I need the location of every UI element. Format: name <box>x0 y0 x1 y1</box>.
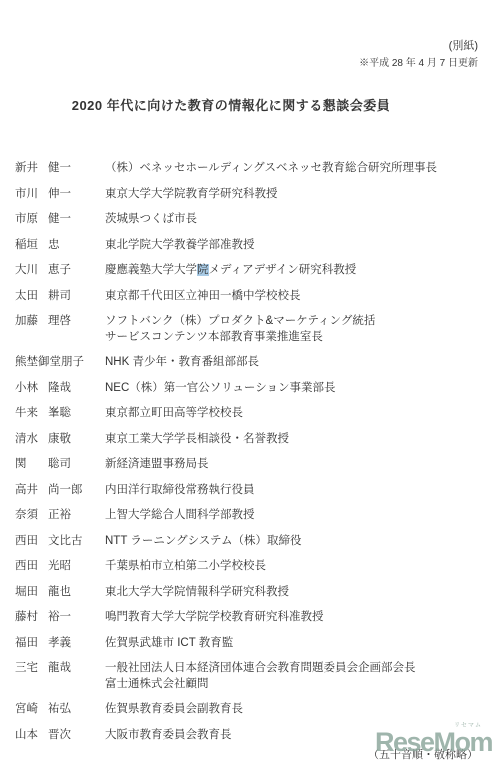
member-family-name: 市原 <box>15 212 48 228</box>
member-given-name: 尚一郎 <box>48 484 83 496</box>
member-role: 東京都千代田区立神田一橋中学校校長 <box>105 289 486 305</box>
member-role-line: 慶應義塾大学大学院メディアデザイン研究科教授 <box>105 263 486 279</box>
member-name: 市原健一 <box>15 212 105 228</box>
member-role: 一般社団法人日本経済団体連合会教育問題委員会企画部会長富士通株式会社顧問 <box>105 661 486 692</box>
member-row: 宮崎祐弘佐賀県教育委員会副教育長 <box>15 702 486 718</box>
role-text: 鳴門教育大学大学院学校教育研究科准教授 <box>105 611 324 623</box>
member-family-name: 稲垣 <box>15 238 48 254</box>
member-family-name: 奈須 <box>15 508 48 524</box>
member-role-line: 東京工業大学学長相談役・名誉教授 <box>105 432 486 448</box>
member-given-name: 聡司 <box>48 458 71 470</box>
member-family-name: 高井 <box>15 483 48 499</box>
find-highlighted-text: 院 <box>197 264 209 276</box>
member-given-name: 健一 <box>48 162 71 174</box>
member-role-line: 大阪市教育委員会教育長 <box>105 728 486 744</box>
member-name: 清水康敬 <box>15 432 105 448</box>
member-role-line: 鳴門教育大学大学院学校教育研究科准教授 <box>105 610 486 626</box>
member-name: 熊埜御堂朋子 <box>15 355 105 371</box>
member-name: 藤村裕一 <box>15 610 105 626</box>
member-role: NEC（株）第一官公ソリューション事業部長 <box>105 381 486 397</box>
member-name: 大川恵子 <box>15 263 105 279</box>
member-row: 山本晋次大阪市教育委員会教育長 <box>15 728 486 744</box>
member-family-name: 堀田 <box>15 585 48 601</box>
member-row: 太田耕司東京都千代田区立神田一橋中学校校長 <box>15 289 486 305</box>
member-family-name: 大川 <box>15 263 48 279</box>
member-role-line: NHK 青少年・教育番組部部長 <box>105 355 486 371</box>
member-row: 三宅龍哉一般社団法人日本経済団体連合会教育問題委員会企画部会長富士通株式会社顧問 <box>15 661 486 692</box>
role-text: 一般社団法人日本経済団体連合会教育問題委員会企画部会長 <box>105 662 416 674</box>
member-role: 茨城県つくば市長 <box>105 212 486 228</box>
member-family-name: 関 <box>15 457 48 473</box>
member-given-name: 恵子 <box>48 264 71 276</box>
member-name: 牛来峯聡 <box>15 406 105 422</box>
member-row: 牛来峯聡東京都立町田高等学校校長 <box>15 406 486 422</box>
member-given-name: 正裕 <box>48 509 71 521</box>
member-role-line: 茨城県つくば市長 <box>105 212 486 228</box>
member-role-line: 東北学院大学教養学部准教授 <box>105 238 486 254</box>
member-role-line: 新経済連盟事務局長 <box>105 457 486 473</box>
member-row: 堀田龍也東北大学大学院情報科学研究科教授 <box>15 585 486 601</box>
member-role-line: 東京都千代田区立神田一橋中学校校長 <box>105 289 486 305</box>
member-name: 宮崎祐弘 <box>15 702 105 718</box>
member-family-name: 西田 <box>15 559 48 575</box>
member-given-name: 隆哉 <box>48 382 71 394</box>
member-family-name: 清水 <box>15 432 48 448</box>
member-role: （株）ベネッセホールディングスベネッセ教育総合研究所理事長 <box>105 161 486 177</box>
document-page: (別紙) ※平成 28 年 4 月 7 日更新 2020 年代に向けた教育の情報… <box>0 0 494 769</box>
member-row: 市原健一茨城県つくば市長 <box>15 212 486 228</box>
member-role: ソフトバンク（株）プロダクト&マーケティング統括サービスコンテンツ本部教育事業推… <box>105 314 486 345</box>
member-family-name: 宮崎 <box>15 702 48 718</box>
role-text: NEC（株）第一官公ソリューション事業部長 <box>105 382 335 394</box>
member-given-name: 伸一 <box>48 188 71 200</box>
member-name: 小林隆哉 <box>15 381 105 397</box>
member-role: 東京都立町田高等学校校長 <box>105 406 486 422</box>
role-text: NHK 青少年・教育番組部部長 <box>105 356 259 368</box>
member-family-name: 藤村 <box>15 610 48 626</box>
member-given-name: 祐弘 <box>48 703 71 715</box>
member-given-name: 健一 <box>48 213 71 225</box>
role-text: 内田洋行取締役常務執行役員 <box>105 484 255 496</box>
member-name: 稲垣忠 <box>15 238 105 254</box>
page-title: 2020 年代に向けた教育の情報化に関する懇談会委員 <box>0 95 478 114</box>
member-family-name: 牛来 <box>15 406 48 422</box>
member-given-name: 晋次 <box>48 729 71 741</box>
member-given-name: 忠 <box>48 239 60 251</box>
member-row: 加藤理啓ソフトバンク（株）プロダクト&マーケティング統括サービスコンテンツ本部教… <box>15 314 486 345</box>
member-role: 佐賀県武雄市 ICT 教育監 <box>105 636 486 652</box>
member-role-line: 上智大学総合人間科学部教授 <box>105 508 486 524</box>
member-role: 鳴門教育大学大学院学校教育研究科准教授 <box>105 610 486 626</box>
member-row: 藤村裕一鳴門教育大学大学院学校教育研究科准教授 <box>15 610 486 626</box>
member-family-name: 小林 <box>15 381 48 397</box>
member-family-name: 福田 <box>15 636 48 652</box>
role-text: NTT ラーニングシステム（株）取締役 <box>105 535 301 547</box>
member-role-line: 内田洋行取締役常務執行役員 <box>105 483 486 499</box>
member-role-line: 東北大学大学院情報科学研究科教授 <box>105 585 486 601</box>
role-text: 東京工業大学学長相談役・名誉教授 <box>105 433 289 445</box>
member-row: 稲垣忠東北学院大学教養学部准教授 <box>15 238 486 254</box>
member-role-line: 東京大学大学院教育学研究科教授 <box>105 187 486 203</box>
role-text: 佐賀県教育委員会副教育長 <box>105 703 243 715</box>
member-row: 新井健一（株）ベネッセホールディングスベネッセ教育総合研究所理事長 <box>15 161 486 177</box>
member-name: 太田耕司 <box>15 289 105 305</box>
member-row: 西田光昭千葉県柏市立柏第二小学校校長 <box>15 559 486 575</box>
member-given-name: 康敬 <box>48 433 71 445</box>
member-role-line: 佐賀県教育委員会副教育長 <box>105 702 486 718</box>
member-name: 加藤理啓 <box>15 314 105 330</box>
member-role-line: 千葉県柏市立柏第二小学校校長 <box>105 559 486 575</box>
member-row: 清水康敬東京工業大学学長相談役・名誉教授 <box>15 432 486 448</box>
role-text: 佐賀県武雄市 ICT 教育監 <box>105 637 233 649</box>
members-list: 新井健一（株）ベネッセホールディングスベネッセ教育総合研究所理事長市川伸一東京大… <box>15 161 486 753</box>
role-text: 富士通株式会社顧問 <box>105 678 209 690</box>
member-row: 大川恵子慶應義塾大学大学院メディアデザイン研究科教授 <box>15 263 486 279</box>
member-given-name: 文比古 <box>48 535 83 547</box>
member-role-line: 一般社団法人日本経済団体連合会教育問題委員会企画部会長 <box>105 661 486 677</box>
role-text: 東京都立町田高等学校校長 <box>105 407 243 419</box>
member-role: NHK 青少年・教育番組部部長 <box>105 355 486 371</box>
member-row: 小林隆哉NEC（株）第一官公ソリューション事業部長 <box>15 381 486 397</box>
member-name: 山本晋次 <box>15 728 105 744</box>
member-name: 福田孝義 <box>15 636 105 652</box>
member-role-line: 東京都立町田高等学校校長 <box>105 406 486 422</box>
role-text: 東北学院大学教養学部准教授 <box>105 239 255 251</box>
member-role: 東北学院大学教養学部准教授 <box>105 238 486 254</box>
member-role: 東京工業大学学長相談役・名誉教授 <box>105 432 486 448</box>
member-given-name: 裕一 <box>48 611 71 623</box>
role-text: 大阪市教育委員会教育長 <box>105 729 232 741</box>
member-family-name: 加藤 <box>15 314 48 330</box>
member-given-name: 理啓 <box>48 315 71 327</box>
role-text: 上智大学総合人間科学部教授 <box>105 509 255 521</box>
member-row: 西田文比古NTT ラーニングシステム（株）取締役 <box>15 534 486 550</box>
member-role: 新経済連盟事務局長 <box>105 457 486 473</box>
member-family-name: 山本 <box>15 728 48 744</box>
member-row: 関聡司新経済連盟事務局長 <box>15 457 486 473</box>
member-family-name: 三宅 <box>15 661 48 677</box>
member-family-name: 太田 <box>15 289 48 305</box>
member-role-line: サービスコンテンツ本部教育事業推進室長 <box>105 330 486 346</box>
role-text: （株）ベネッセホールディングスベネッセ教育総合研究所理事長 <box>105 162 437 174</box>
member-name: 奈須正裕 <box>15 508 105 524</box>
member-given-name: 龍哉 <box>48 662 71 674</box>
role-text: 茨城県つくば市長 <box>105 213 197 225</box>
member-role: 東京大学大学院教育学研究科教授 <box>105 187 486 203</box>
member-given-name: 光昭 <box>48 560 71 572</box>
member-role: NTT ラーニングシステム（株）取締役 <box>105 534 486 550</box>
member-row: 市川伸一東京大学大学院教育学研究科教授 <box>15 187 486 203</box>
member-role: 内田洋行取締役常務執行役員 <box>105 483 486 499</box>
member-role-line: 富士通株式会社顧問 <box>105 677 486 693</box>
member-name: 新井健一 <box>15 161 105 177</box>
member-name: 高井尚一郎 <box>15 483 105 499</box>
member-role-line: NEC（株）第一官公ソリューション事業部長 <box>105 381 486 397</box>
member-given-name: 耕司 <box>48 290 71 302</box>
role-text: 東京大学大学院教育学研究科教授 <box>105 188 278 200</box>
member-name: 西田文比古 <box>15 534 105 550</box>
member-role: 千葉県柏市立柏第二小学校校長 <box>105 559 486 575</box>
role-text: メディアデザイン研究科教授 <box>209 264 357 276</box>
member-given-name: 龍也 <box>48 586 71 598</box>
member-role-line: 佐賀県武雄市 ICT 教育監 <box>105 636 486 652</box>
role-text: サービスコンテンツ本部教育事業推進室長 <box>105 331 323 343</box>
member-role: 上智大学総合人間科学部教授 <box>105 508 486 524</box>
role-text: 新経済連盟事務局長 <box>105 458 209 470</box>
attachment-annotation: (別紙) <box>449 39 478 53</box>
member-role-line: （株）ベネッセホールディングスベネッセ教育総合研究所理事長 <box>105 161 486 177</box>
role-text: 東北大学大学院情報科学研究科教授 <box>105 586 289 598</box>
member-role: 東北大学大学院情報科学研究科教授 <box>105 585 486 601</box>
member-role: 大阪市教育委員会教育長 <box>105 728 486 744</box>
footer-note: （五十音順・敬称略） <box>368 746 478 762</box>
member-name: 西田光昭 <box>15 559 105 575</box>
member-name: 市川伸一 <box>15 187 105 203</box>
member-role: 佐賀県教育委員会副教育長 <box>105 702 486 718</box>
member-family-name: 西田 <box>15 534 48 550</box>
member-family-name: 新井 <box>15 161 48 177</box>
member-given-name: 孝義 <box>48 637 71 649</box>
member-given-name: 峯聡 <box>48 407 71 419</box>
member-role-line: ソフトバンク（株）プロダクト&マーケティング統括 <box>105 314 486 330</box>
member-role: 慶應義塾大学大学院メディアデザイン研究科教授 <box>105 263 486 279</box>
member-family-name: 熊埜御堂朋子 <box>15 355 84 371</box>
member-row: 熊埜御堂朋子NHK 青少年・教育番組部部長 <box>15 355 486 371</box>
role-text: 東京都千代田区立神田一橋中学校校長 <box>105 290 301 302</box>
role-text: 慶應義塾大学大学 <box>105 264 197 276</box>
member-row: 福田孝義佐賀県武雄市 ICT 教育監 <box>15 636 486 652</box>
member-row: 奈須正裕上智大学総合人間科学部教授 <box>15 508 486 524</box>
member-family-name: 市川 <box>15 187 48 203</box>
member-name: 三宅龍哉 <box>15 661 105 677</box>
member-name: 関聡司 <box>15 457 105 473</box>
role-text: ソフトバンク（株）プロダクト&マーケティング統括 <box>105 315 375 327</box>
role-text: 千葉県柏市立柏第二小学校校長 <box>105 560 266 572</box>
member-name: 堀田龍也 <box>15 585 105 601</box>
update-date-note: ※平成 28 年 4 月 7 日更新 <box>359 57 478 70</box>
member-role-line: NTT ラーニングシステム（株）取締役 <box>105 534 486 550</box>
member-row: 高井尚一郎内田洋行取締役常務執行役員 <box>15 483 486 499</box>
